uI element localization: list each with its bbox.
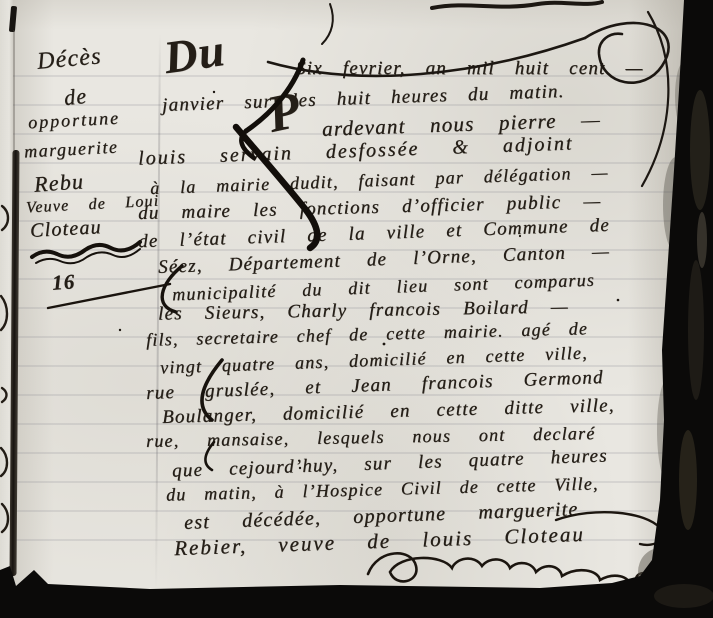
margin-name-cloteau: Cloteau (29, 216, 102, 243)
drop-initial-du: Du (162, 32, 228, 77)
act-line: Six fevrier, an mil huit cent — (296, 58, 644, 80)
margin-title-deces: Décès (36, 43, 103, 76)
record-number: 16 (51, 269, 76, 296)
scanned-register-page: Décès de opportune marguerite Rebu Veuve… (0, 0, 713, 618)
margin-title-de: de (63, 83, 89, 111)
gutter-line-faint (13, 30, 15, 156)
margin-name-rebu: Rebu (33, 168, 85, 197)
